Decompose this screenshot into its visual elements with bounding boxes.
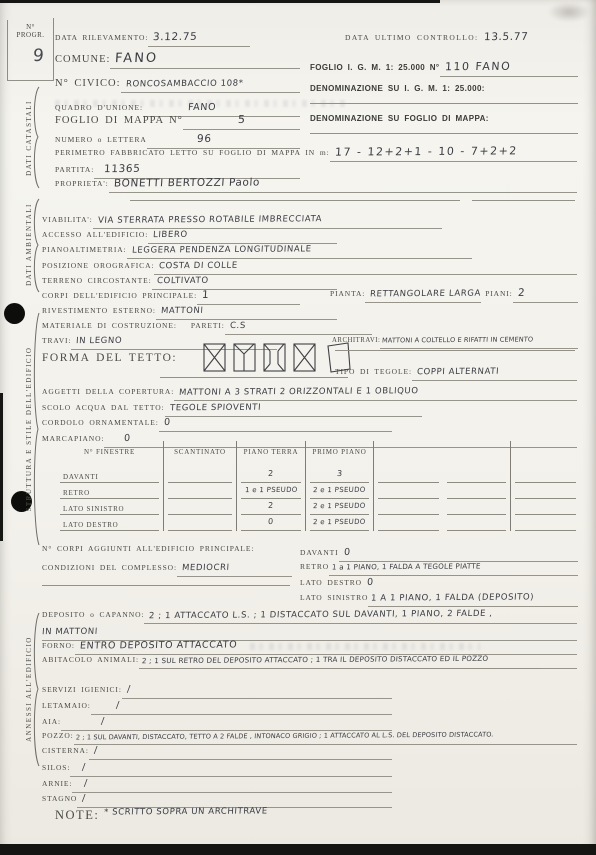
progr-box-right-line [53,18,54,80]
field-value: MATTONI A COLTELLO E RIFATTI IN CEMENTO [382,335,534,344]
table-row-label-cell: LATO SINISTRO [56,499,163,515]
blank-rule [42,585,290,586]
field-abitacolo: ABITACOLO ANIMALI: 2 ; 1 SUL RETRO DEL D… [42,649,577,669]
field-underline [310,133,578,134]
field-value: / [82,793,87,804]
progr-box-bottom-line [7,80,54,81]
progr-value: 9 [32,46,45,66]
field-label: TERRENO CIRCOSTANTE: [42,276,152,285]
scanned-survey-form: N° PROGR. 9 DATI CATASTALI DATI AMBIENTA… [0,0,596,855]
field-foglio-igm: FOGLIO I. G. M. 1: 25.000 N° 110 FANO [310,57,578,77]
corner-smudge [548,2,590,22]
field-label: N° CORPI AGGIUNTI ALL'EDIFICIO PRINCIPAL… [42,544,254,553]
field-label: DATA RILEVAMENTO: [55,33,148,42]
field-forma-tetto: FORMA DEL TETTO: [42,352,177,364]
field-label: STAGNO [42,794,77,803]
field-label: VIABILITA': [42,215,93,224]
field-label: FORMA DEL TETTO: [42,352,177,364]
field-tipo-tegole: TIPO DI TEGOLE: COPPI ALTERNATI [335,361,577,381]
pareti-label: PARETI: [177,321,225,330]
sub-label: LATO SINISTRO [300,593,368,602]
field-label: AGGETTI DELLA COPERTURA: [42,387,174,396]
field-label: DATA ULTIMO CONTROLLO: [345,33,479,42]
field-data-ultimo-controllo: DATA ULTIMO CONTROLLO: 13.5.77 [345,27,563,46]
field-label: DEPOSITO o CAPANNO: [42,610,144,619]
field-label: SILOS: [42,763,70,772]
field-label: CISTERNA: [42,746,89,755]
table-row-label-cell: RETRO [56,483,163,499]
piani-label: PIANI: [481,289,512,298]
field-value: / [126,684,131,695]
section-brace [30,312,42,546]
field-label: ABITACOLO ANIMALI: [42,655,139,664]
field-label: DENOMINAZIONE SU FOGLIO DI MAPPA: [310,114,489,123]
field-label: TRAVI: [42,336,71,345]
field-value: COPPI ALTERNATI [417,367,500,378]
scan-edge-top [0,0,440,3]
field-value: / [94,745,99,756]
field-label: PROPRIETA': [55,179,109,188]
blank-rule [150,668,540,669]
field-label: POSIZIONE OROGRAFICA: [42,261,154,270]
field-label: ACCESSO ALL'EDIFICIO: [42,230,148,239]
hip-ridge-roof-icon [234,344,255,371]
table-row-label-cell: LATO DESTRO [56,515,163,531]
sub-value: 1 a 1 PIANO, 1 FALDA A TEGOLE PIATTE [332,561,481,571]
field-value: * SCRITTO SOPRA UN ARCHITRAVE [104,806,268,817]
field-value: 3.12.75 [153,31,198,43]
field-note: NOTE: * SCRITTO SOPRA UN ARCHITRAVE [55,806,455,825]
field-condizioni: CONDIZIONI DEL COMPLESSO: MEDIOCRI [42,557,292,577]
field-value: BONETTI BERTOZZI Paolo [113,176,260,189]
field-label: SCOLO ACQUA DAL TETTO: [42,403,165,412]
section-brace [30,86,42,189]
field-value: 2 ; 1 ATTACCATO L.S. ; 1 DISTACCATO SUL … [149,609,493,621]
field-value: LEGGERA PENDENZA LONGITUDINALE [131,244,311,255]
field-value: 17 - 12+2+1 - 10 - 7+2+2 [334,144,518,158]
hip-cross-roof-icon [294,344,315,371]
blank-rule [130,200,460,201]
col-header: PIANO TERRA [236,441,305,467]
progr-label: N° PROGR. [8,23,53,39]
field-label: CORDOLO ORNAMENTALE: [42,418,159,427]
pianta-label: PIANTA: [330,289,365,298]
field-denominazione-igm: DENOMINAZIONE SU I. G. M. 1: 25.000: [310,84,578,93]
field-comune: COMUNE: FANO [55,49,300,69]
field-label: LETAMAIO: [42,701,91,710]
field-label: TIPO DI TEGOLE: [335,367,412,376]
field-proprieta: PROPRIETA': BONETTI BERTOZZI Paolo [55,173,577,193]
field-label: POZZO: [42,731,74,740]
field-label: DENOMINAZIONE SU I. G. M. 1: 25.000: [310,84,485,93]
punch-hole [4,303,25,324]
field-label: RIVESTIMENTO ESTERNO: [42,306,156,315]
field-label: PIANOALTIMETRIA: [42,245,127,254]
field-value: / [115,700,120,711]
col-header: N° FINESTRE [56,441,163,467]
field-underline [160,377,348,378]
field-value: FANO [115,51,159,66]
roof-shape-sketches [203,342,355,374]
piani-value: 2 [517,287,525,299]
section-brace [30,198,42,293]
field-value: MEDIOCRI [182,563,230,573]
section-brace [30,612,42,767]
double-ridge-roof-icon [264,344,285,371]
field-data-rilevamento: DATA RILEVAMENTO: 3.12.75 [55,27,250,47]
sub-label: LATO DESTRO [300,578,362,587]
table-row-label-cell: DAVANTI [56,467,163,483]
field-value: / [82,762,87,773]
field-label: ARNIE: [42,779,72,788]
scan-edge-left [0,393,3,541]
field-value: 13.5.77 [483,31,528,43]
pianta-value: RETTANGOLARE LARGA [370,289,482,300]
field-label: N° CIVICO: [55,78,121,89]
field-denominazione-mappa: DENOMINAZIONE SU FOGLIO DI MAPPA: [310,114,578,123]
blank-rule [472,200,575,201]
field-underline [310,103,578,104]
field-value: 110 FANO [444,60,511,73]
field-label: NOTE: [55,808,99,823]
scan-edge-bottom [0,844,596,855]
field-value: 2 ; 1 SUL RETRO DEL DEPOSITO ATTACCATO ;… [142,654,489,665]
field-corpi-aggiunti: N° CORPI AGGIUNTI ALL'EDIFICIO PRINCIPAL… [42,544,294,553]
col-header: PRIMO PIANO [305,441,373,467]
field-label: COMUNE: [55,54,110,65]
field-value: 0 [163,417,170,428]
field-value: 5 [237,113,246,126]
col-header: SCANTINATO [163,441,236,467]
field-label: CORPI DELL'EDIFICIO PRINCIPALE: [42,291,197,300]
field-value: IN LEGNO [76,336,123,346]
field-value: RONCOSAMBACCIO 108* [125,79,243,90]
field-pianta-piani: PIANTA: RETTANGOLARE LARGA PIANI: 2 [330,283,578,303]
field-label: FOGLIO I. G. M. 1: 25.000 N° [310,63,440,72]
field-architravi: ARCHITRAVI: MATTONI A COLTELLO E RIFATTI… [332,329,578,349]
field-foglio-mappa: FOGLIO DI MAPPA N° 5 [55,110,300,130]
field-label: MATERIALE DI COSTRUZIONE: [42,321,177,330]
field-label: CONDIZIONI DEL COMPLESSO: [42,563,177,572]
field-label: FOGLIO DI MAPPA N° [55,115,183,126]
blank-rule [335,350,575,351]
sub-value: 1 A 1 PIANO, 1 FALDA (DEPOSITO) [371,592,535,603]
field-n-civico: N° CIVICO: RONCOSAMBACCIO 108* [55,73,300,93]
field-label: SERVIZI IGIENICI: [42,685,122,694]
field-label: PERIMETRO FABBRICATO LETTO SU FOGLIO DI … [55,148,330,157]
sub-label: RETRO [300,562,329,571]
hip-cross-roof-icon [204,344,225,371]
finestre-table: N° FINESTRE SCANTINATO PIANO TERRA PRIMO… [56,441,580,531]
